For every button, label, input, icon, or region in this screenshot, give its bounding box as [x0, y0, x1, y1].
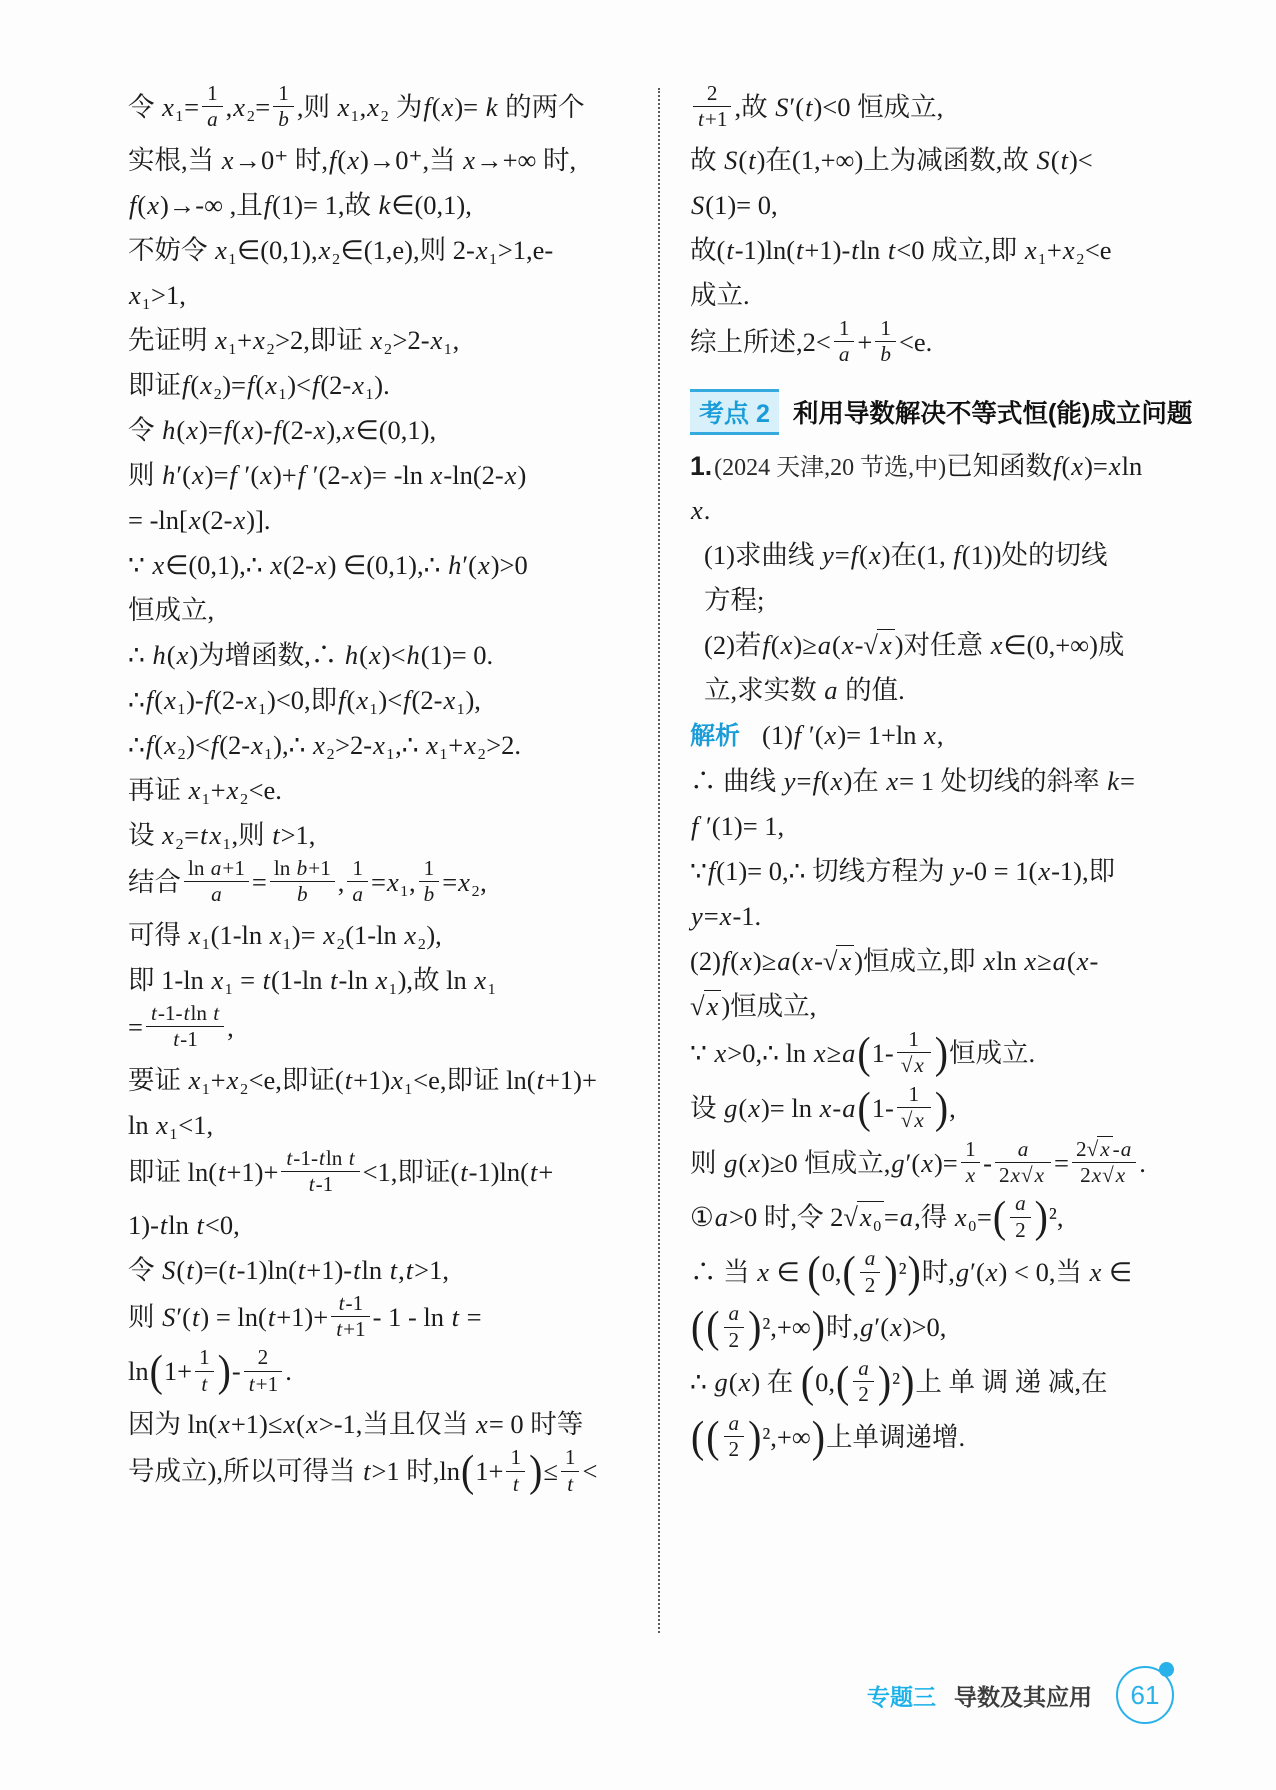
- analysis-badge: 解析: [690, 722, 740, 750]
- page-number: 61: [1131, 1680, 1160, 1711]
- text-line: 即证f(x₂)=f(x₁)<f(2-x₁).: [128, 364, 644, 406]
- problem-first-line: 1.(2024 天津,20 节选,中)已知函数f(x)=xln x.: [690, 445, 1162, 531]
- text-line: 令 h(x)=f(x)-f(2-x),x∈(0,1),: [128, 409, 644, 451]
- text-line: 令 x₁=1a,x₂=1b,则 x₁,x₂ 为f(x)= k 的两个: [128, 84, 644, 136]
- analysis-first-line: 解析(1)f ′(x)= 1+ln x,: [690, 714, 1162, 757]
- text-line: 设 x₂=tx₁,则 t>1,: [128, 814, 644, 856]
- text-line: ∴f(x₁)-f(2-x₁)<0,即f(x₁)<f(2-x₁),: [128, 679, 644, 721]
- analysis-body: ∴ 曲线 y=f(x)在 x= 1 处切线的斜率 k=f ′(1)= 1,∵f(…: [690, 760, 1162, 1466]
- text-line: (1)求曲线 y=f(x)在(1, f(1))处的切线: [690, 534, 1162, 576]
- right-column-top-text: 2t+1,故 S′(t)<0 恒成立,故 S(t)在(1,+∞)上为减函数,故 …: [690, 84, 1162, 371]
- text-line: 先证明 x₁+x₂>2,即证 x₂>2-x₁,: [128, 319, 644, 361]
- text-line: 1)-tln t<0,: [128, 1204, 644, 1246]
- text-line: 设 g(x)= ln x-a(1-1√x),: [690, 1085, 1162, 1137]
- text-line: f ′(1)= 1,: [690, 805, 1162, 847]
- footer: 专题三 导数及其应用 61: [867, 1666, 1174, 1724]
- text-line: y=x-1.: [690, 895, 1162, 937]
- text-line: ln x₁<1,: [128, 1104, 644, 1146]
- text-line: 因为 ln(x+1)≤x(x>-1,当且仅当 x= 0 时等: [128, 1403, 644, 1445]
- footer-part-title: 导数及其应用: [954, 1679, 1092, 1712]
- kaodian-badge: 考点 2: [690, 389, 779, 435]
- text-line: 结合ln a+1a=ln b+1b,1a=x₁,1b=x₂,: [128, 859, 644, 911]
- text-line: ∴ h(x)为增函数,∴ h(x)<h(1)= 0.: [128, 634, 644, 676]
- footer-part-label: 专题三: [867, 1679, 936, 1712]
- section-title: 利用导数解决不等式恒(能)成立问题: [793, 394, 1192, 430]
- text-line: ∵ x∈(0,1),∴ x(2-x) ∈(0,1),∴ h′(x)>0: [128, 544, 644, 586]
- text-line: ((a2)²,+∞)上单调递增.: [690, 1414, 1162, 1466]
- text-line: =t-1-tln tt-1,: [128, 1004, 644, 1056]
- text-line: = -ln[x(2-x)].: [128, 499, 644, 541]
- text-line: ∴ 曲线 y=f(x)在 x= 1 处切线的斜率 k=: [690, 760, 1162, 802]
- text-line: ln(1+1t)-2t+1.: [128, 1348, 644, 1400]
- analysis-first-math: (1)f ′(x)= 1+ln x,: [762, 720, 944, 750]
- column-divider: [658, 88, 660, 1633]
- text-line: 要证 x₁+x₂<e,即证(t+1)x₁<e,即证 ln(t+1)+: [128, 1059, 644, 1101]
- text-line: (2)f(x)≥a(x-√x)恒成立,即 xln x≥a(x-: [690, 940, 1162, 982]
- text-line: 故(t-1)ln(t+1)-tln t<0 成立,即 x₁+x₂<e: [690, 229, 1162, 271]
- problem-body: (1)求曲线 y=f(x)在(1, f(1))处的切线方程;(2)若f(x)≥a…: [690, 534, 1162, 711]
- left-column: 令 x₁=1a,x₂=1b,则 x₁,x₂ 为f(x)= k 的两个实根,当 x…: [128, 84, 644, 1503]
- text-line: 方程;: [690, 579, 1162, 621]
- text-line: ①a>0 时,令 2√x₀=a,得 x₀=(a2)²,: [690, 1194, 1162, 1246]
- text-line: 实根,当 x→0⁺ 时,f(x)→0⁺,当 x→+∞ 时,: [128, 139, 644, 181]
- right-column: 2t+1,故 S′(t)<0 恒成立,故 S(t)在(1,+∞)上为减函数,故 …: [690, 84, 1162, 1469]
- text-line: 不妨令 x₁∈(0,1),x₂∈(1,e),则 2-x₁>1,e-: [128, 229, 644, 271]
- text-line: 综上所述,2<1a+1b<e.: [690, 319, 1162, 371]
- text-line: x₁>1,: [128, 274, 644, 316]
- text-line: ∵f(1)= 0,∴ 切线方程为 y-0 = 1(x-1),即: [690, 850, 1162, 892]
- text-line: S(1)= 0,: [690, 184, 1162, 226]
- text-line: ((a2)²,+∞)时,g′(x)>0,: [690, 1304, 1162, 1356]
- text-line: 2t+1,故 S′(t)<0 恒成立,: [690, 84, 1162, 136]
- text-line: 故 S(t)在(1,+∞)上为减函数,故 S(t)<: [690, 139, 1162, 181]
- text-line: 可得 x₁(1-ln x₁)= x₂(1-ln x₂),: [128, 914, 644, 956]
- text-line: ∴ g(x) 在 (0,(a2)²)上 单 调 递 减,在: [690, 1359, 1162, 1411]
- text-line: ∵ x>0,∴ ln x≥a(1-1√x)恒成立.: [690, 1030, 1162, 1082]
- text-line: 即 1-ln x₁ = t(1-ln t-ln x₁),故 ln x₁: [128, 959, 644, 1001]
- text-line: f(x)→-∞ ,且f(1)= 1,故 k∈(0,1),: [128, 184, 644, 226]
- text-line: 再证 x₁+x₂<e.: [128, 769, 644, 811]
- text-line: ∴f(x₂)<f(2-x₁),∴ x₂>2-x₁,∴ x₁+x₂>2.: [128, 724, 644, 766]
- text-line: 成立.: [690, 274, 1162, 316]
- section-header: 考点 2 利用导数解决不等式恒(能)成立问题: [690, 389, 1162, 435]
- text-line: 令 S(t)=(t-1)ln(t+1)-tln t,t>1,: [128, 1249, 644, 1291]
- text-line: ∴ 当 x ∈ (0,(a2)²)时,g′(x) < 0,当 x ∈: [690, 1249, 1162, 1301]
- text-line: 则 g(x)≥0 恒成立,g′(x)=1x-a2x√x=2√x-a2x√x.: [690, 1140, 1162, 1192]
- text-line: (2)若f(x)≥a(x-√x)对任意 x∈(0,+∞)成: [690, 624, 1162, 666]
- problem-source: (2024 天津,20 节选,中): [714, 455, 946, 481]
- text-line: √x)恒成立,: [690, 985, 1162, 1027]
- text-line: 则 S′(t) = ln(t+1)+t-1t+1- 1 - ln t =: [128, 1294, 644, 1346]
- text-line: 恒成立,: [128, 589, 644, 631]
- text-line: 号成立),所以可得当 t>1 时,ln(1+1t)≤1t<: [128, 1448, 644, 1500]
- problem-number: 1.: [690, 451, 712, 481]
- text-line: 则 h′(x)=f ′(x)+f ′(2-x)= -ln x-ln(2-x): [128, 454, 644, 496]
- text-line: 立,求实数 a 的值.: [690, 669, 1162, 711]
- page-dot-icon: [1159, 1662, 1174, 1677]
- page-number-badge: 61: [1116, 1666, 1174, 1724]
- text-line: 即证 ln(t+1)+t-1-tln tt-1<1,即证(t-1)ln(t+: [128, 1149, 644, 1201]
